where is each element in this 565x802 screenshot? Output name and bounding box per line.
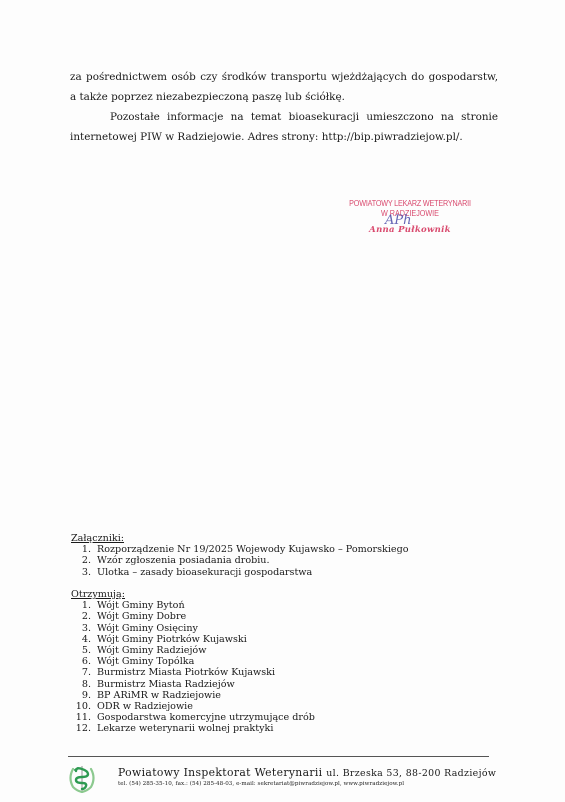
- list-text: Wzór zgłoszenia posiadania drobiu.: [97, 555, 270, 566]
- list-text: Wójt Gminy Dobre: [97, 611, 186, 622]
- stamp-title: POWIATOWY LEKARZ WETERYNARII: [343, 199, 478, 209]
- paragraph-transmission: za pośrednictwem osób czy środków transp…: [70, 67, 498, 107]
- list-text: Wójt Gminy Topólka: [97, 656, 194, 667]
- list-item: 7.Burmistrz Miasta Piotrków Kujawski: [71, 667, 315, 678]
- list-number: 4.: [71, 634, 97, 645]
- list-text: Wójt Gminy Bytoń: [97, 600, 185, 611]
- attachments-heading: Załączniki:: [71, 533, 409, 544]
- list-item: 6.Wójt Gminy Topólka: [71, 656, 315, 667]
- document-page: za pośrednictwem osób czy środków transp…: [0, 0, 565, 802]
- footer-divider: [68, 756, 489, 757]
- list-text: Wójt Gminy Radziejów: [97, 645, 206, 656]
- footer-institution-line: Powiatowy Inspektorat Weterynarii ul. Br…: [118, 766, 496, 779]
- paragraph-more-info: Pozostałe informacje na temat bioasekura…: [70, 107, 498, 147]
- list-item: 2.Wójt Gminy Dobre: [71, 611, 315, 622]
- list-item: 1.Rozporządzenie Nr 19/2025 Wojewody Kuj…: [71, 544, 409, 555]
- list-text: Wójt Gminy Osięciny: [97, 623, 198, 634]
- attachments-list: 1.Rozporządzenie Nr 19/2025 Wojewody Kuj…: [71, 544, 409, 578]
- list-number: 3.: [71, 567, 97, 578]
- list-item: 4.Wójt Gminy Piotrków Kujawski: [71, 634, 315, 645]
- list-number: 10.: [71, 701, 97, 712]
- list-text: ODR w Radziejowie: [97, 701, 193, 712]
- paragraph-line: Pozostałe informacje na temat bioasekura…: [70, 107, 498, 127]
- list-item: 8.Burmistrz Miasta Radziejów: [71, 679, 315, 690]
- handwritten-signature: APh: [385, 213, 412, 228]
- paragraph-line: a także poprzez niezabezpieczoną paszę l…: [70, 87, 498, 107]
- recipients-section: Otrzymują: 1.Wójt Gminy Bytoń 2.Wójt Gmi…: [71, 589, 315, 735]
- list-text: Gospodarstwa komercyjne utrzymujące drób: [97, 712, 315, 723]
- list-text: Ulotka – zasady bioasekuracji gospodarst…: [97, 567, 312, 578]
- list-item: 5.Wójt Gminy Radziejów: [71, 645, 315, 656]
- list-item: 3.Wójt Gminy Osięciny: [71, 623, 315, 634]
- list-item: 1.Wójt Gminy Bytoń: [71, 600, 315, 611]
- paragraph-line-with-link: internetowej PIW w Radziejowie. Adres st…: [70, 127, 498, 147]
- list-text: Wójt Gminy Piotrków Kujawski: [97, 634, 247, 645]
- recipients-heading: Otrzymują:: [71, 589, 315, 600]
- list-number: 6.: [71, 656, 97, 667]
- list-text: Rozporządzenie Nr 19/2025 Wojewody Kujaw…: [97, 544, 409, 555]
- list-item: 12.Lekarze weterynarii wolnej praktyki: [71, 723, 315, 734]
- attachments-section: Załączniki: 1.Rozporządzenie Nr 19/2025 …: [71, 533, 409, 578]
- paragraph-line: za pośrednictwem osób czy środków transp…: [70, 67, 498, 87]
- list-text: Lekarze weterynarii wolnej praktyki: [97, 723, 273, 734]
- recipients-list: 1.Wójt Gminy Bytoń 2.Wójt Gminy Dobre 3.…: [71, 600, 315, 734]
- list-text: BP ARiMR w Radziejowie: [97, 690, 221, 701]
- paragraph-line-text: Pozostałe informacje na temat bioasekura…: [110, 111, 498, 123]
- list-number: 5.: [71, 645, 97, 656]
- list-item: 10.ODR w Radziejowie: [71, 701, 315, 712]
- list-number: 9.: [71, 690, 97, 701]
- list-item: 2.Wzór zgłoszenia posiadania drobiu.: [71, 555, 409, 566]
- signature-stamp: POWIATOWY LEKARZ WETERYNARII W RADZIEJOW…: [335, 199, 485, 236]
- list-item: 3.Ulotka – zasady bioasekuracji gospodar…: [71, 567, 409, 578]
- list-item: 9.BP ARiMR w Radziejowie: [71, 690, 315, 701]
- veterinary-caduceus-icon: [67, 763, 97, 793]
- list-number: 3.: [71, 623, 97, 634]
- list-number: 1.: [71, 544, 97, 555]
- list-number: 11.: [71, 712, 97, 723]
- footer-address: ul. Brzeska 53, 88-200 Radziejów: [326, 768, 496, 779]
- list-number: 1.: [71, 600, 97, 611]
- footer-contact: tel. (54) 285-35-10, fax.: (54) 285-48-0…: [118, 781, 404, 787]
- list-number: 2.: [71, 611, 97, 622]
- list-number: 8.: [71, 679, 97, 690]
- list-item: 11.Gospodarstwa komercyjne utrzymujące d…: [71, 712, 315, 723]
- list-text: Burmistrz Miasta Piotrków Kujawski: [97, 667, 275, 678]
- footer-institution: Powiatowy Inspektorat Weterynarii: [118, 766, 323, 779]
- list-number: 7.: [71, 667, 97, 678]
- list-text: Burmistrz Miasta Radziejów: [97, 679, 235, 690]
- list-number: 12.: [71, 723, 97, 734]
- list-number: 2.: [71, 555, 97, 566]
